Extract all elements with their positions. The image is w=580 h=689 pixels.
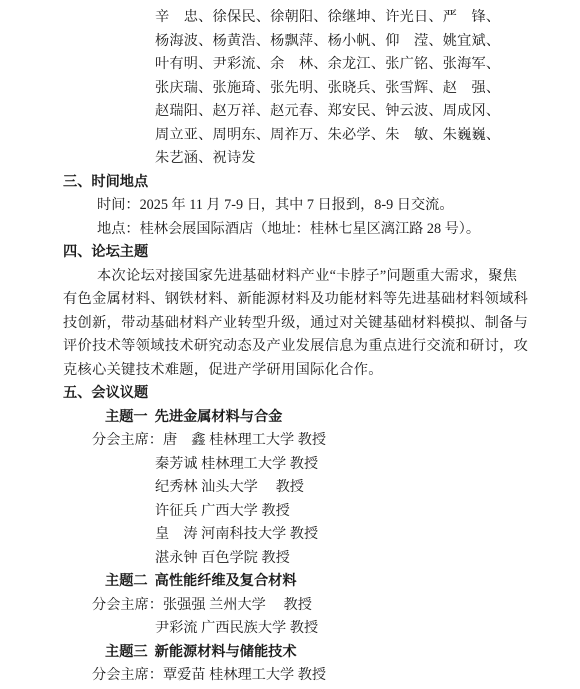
- committee-name-line: 张庆瑞、张施琦、张先明、张晓兵、张雪辉、赵 强、: [155, 77, 580, 101]
- forum-theme-paragraph-line: 评价技术等领域技术研究动态及产业发展信息为重点进行交流和研讨，攻: [63, 335, 580, 359]
- forum-theme-paragraph-line: 有色金属材料、钢铁材料、新能源材料及功能材料等先进基础材料领域科: [63, 288, 580, 312]
- committee-name-line: 杨海波、杨黄浩、杨飘萍、杨小帆、仰 滢、姚宜斌、: [155, 30, 580, 54]
- chair-entry: 张强强 兰州大学 教授: [163, 597, 312, 613]
- chair-label: 分会主席：: [92, 432, 163, 448]
- forum-theme-paragraph-line: 本次论坛对接国家先进基础材料产业“卡脖子”问题重大需求，聚焦: [97, 265, 580, 289]
- topic-1-chair-line: 纪秀林 汕头大学 教授: [155, 476, 580, 500]
- section-heading-time-place: 三、时间地点: [63, 171, 580, 195]
- committee-name-list: 辛 忠、徐保民、徐朝阳、徐继坤、许光日、严 锋、 杨海波、杨黄浩、杨飘萍、杨小帆…: [0, 6, 580, 171]
- section-heading-forum-theme: 四、论坛主题: [63, 241, 580, 265]
- chair-label: 分会主席：: [92, 597, 163, 613]
- time-line: 时间：2025 年 11 月 7-9 日，其中 7 日报到，8-9 日交流。: [97, 194, 580, 218]
- topic-1-chair-line: 分会主席：唐 鑫 桂林理工大学 教授: [92, 429, 580, 453]
- topic-2-chair-line: 分会主席：张强强 兰州大学 教授: [92, 594, 580, 618]
- topic-1-title: 主题一 先进金属材料与合金: [105, 406, 580, 430]
- chair-entry: 覃爱苗 桂林理工大学 教授: [163, 667, 326, 683]
- topic-2-title: 主题二 高性能纤维及复合材料: [105, 570, 580, 594]
- chair-label: 分会主席：: [92, 667, 163, 683]
- committee-name-line: 朱艺涵、祝诗发: [155, 147, 580, 171]
- topic-2-chair-line: 尹彩流 广西民族大学 教授: [155, 617, 580, 641]
- topic-3-title: 主题三 新能源材料与储能技术: [105, 641, 580, 665]
- forum-theme-paragraph-line: 技创新，带动基础材料产业转型升级，通过对关键基础材料模拟、制备与: [63, 312, 580, 336]
- topic-3-chair-line: 分会主席：覃爱苗 桂林理工大学 教授: [92, 664, 580, 688]
- forum-theme-paragraph-line: 克核心关键技术难题，促进产学研用国际化合作。: [63, 359, 580, 383]
- committee-name-line: 赵瑞阳、赵万祥、赵元春、郑安民、钟云波、周成冈、: [155, 100, 580, 124]
- topic-1-chair-line: 秦芳诚 桂林理工大学 教授: [155, 453, 580, 477]
- topic-1-chair-line: 许征兵 广西大学 教授: [155, 500, 580, 524]
- chair-entry: 唐 鑫 桂林理工大学 教授: [163, 432, 326, 448]
- topic-1-chair-line: 湛永钟 百色学院 教授: [155, 547, 580, 571]
- document-page: 辛 忠、徐保民、徐朝阳、徐继坤、许光日、严 锋、 杨海波、杨黄浩、杨飘萍、杨小帆…: [0, 0, 580, 689]
- committee-name-line: 周立亚、周明东、周祚万、朱必学、朱 敏、朱巍巍、: [155, 124, 580, 148]
- venue-line: 地点：桂林会展国际酒店（地址：桂林七星区漓江路 28 号）。: [97, 218, 580, 242]
- committee-name-line: 辛 忠、徐保民、徐朝阳、徐继坤、许光日、严 锋、: [155, 6, 580, 30]
- topic-1-chair-line: 皇 涛 河南科技大学 教授: [155, 523, 580, 547]
- committee-name-line: 叶有明、尹彩流、余 林、余龙江、张广铭、张海军、: [155, 53, 580, 77]
- section-heading-agenda: 五、会议议题: [63, 382, 580, 406]
